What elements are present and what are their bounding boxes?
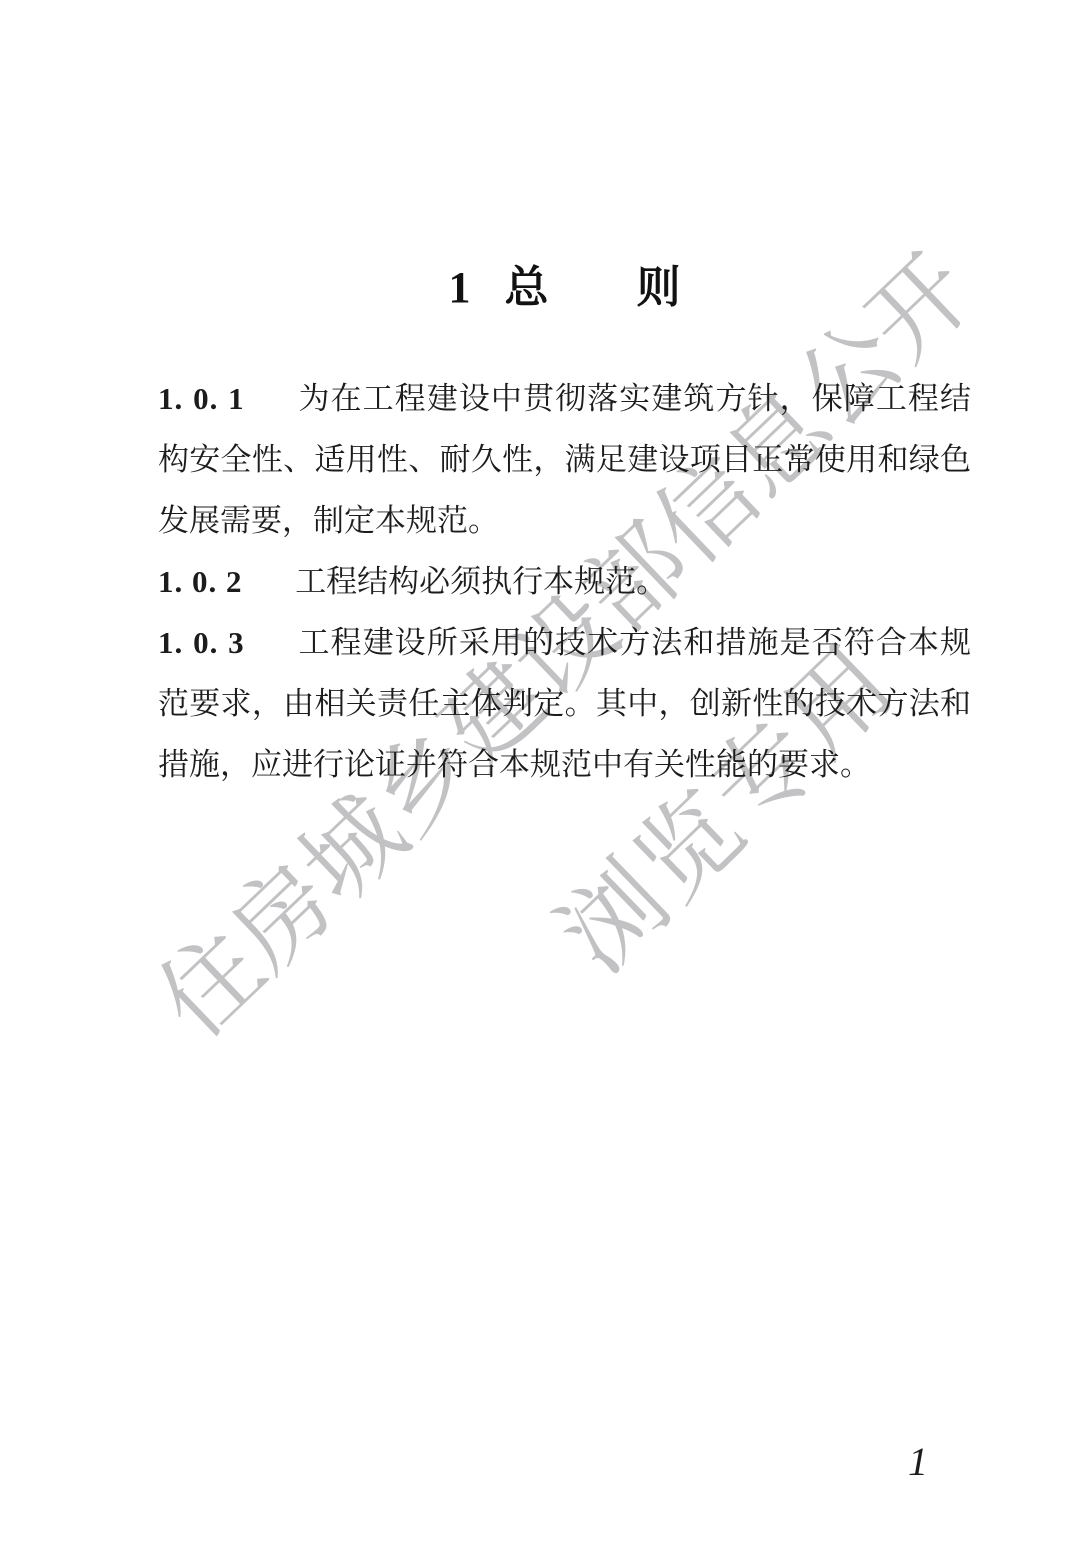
clause-list: 1. 0. 1为在工程建设中贯彻落实建筑方针，保障工程结构安全性、适用性、耐久性… (158, 368, 971, 795)
chapter-number: 1 (449, 263, 471, 312)
clause-1-0-3: 1. 0. 3工程建设所采用的技术方法和措施是否符合本规范要求，由相关责任主体判… (158, 612, 971, 795)
page-number: 1 (908, 1438, 928, 1485)
chapter-title-char-2: 则 (637, 263, 681, 312)
clause-text: 为在工程建设中贯彻落实建筑方针，保障工程结构安全性、适用性、耐久性，满足建设项目… (158, 381, 971, 538)
clause-1-0-1: 1. 0. 1为在工程建设中贯彻落实建筑方针，保障工程结构安全性、适用性、耐久性… (158, 368, 971, 551)
clause-text: 工程结构必须执行本规范。 (295, 564, 667, 599)
document-page: 住房城乡建设部信息公开 浏览专用 1总则 1. 0. 1为在工程建设中贯彻落实建… (0, 0, 1080, 1563)
clause-number: 1. 0. 2 (158, 564, 243, 599)
clause-number: 1. 0. 1 (158, 381, 245, 416)
clause-number: 1. 0. 3 (158, 625, 245, 660)
page-content: 1总则 1. 0. 1为在工程建设中贯彻落实建筑方针，保障工程结构安全性、适用性… (158, 0, 971, 795)
chapter-title: 1总则 (158, 0, 971, 314)
chapter-title-char-1: 总 (505, 263, 549, 312)
clause-1-0-2: 1. 0. 2工程结构必须执行本规范。 (158, 551, 971, 612)
clause-text: 工程建设所采用的技术方法和措施是否符合本规范要求，由相关责任主体判定。其中，创新… (158, 625, 971, 782)
